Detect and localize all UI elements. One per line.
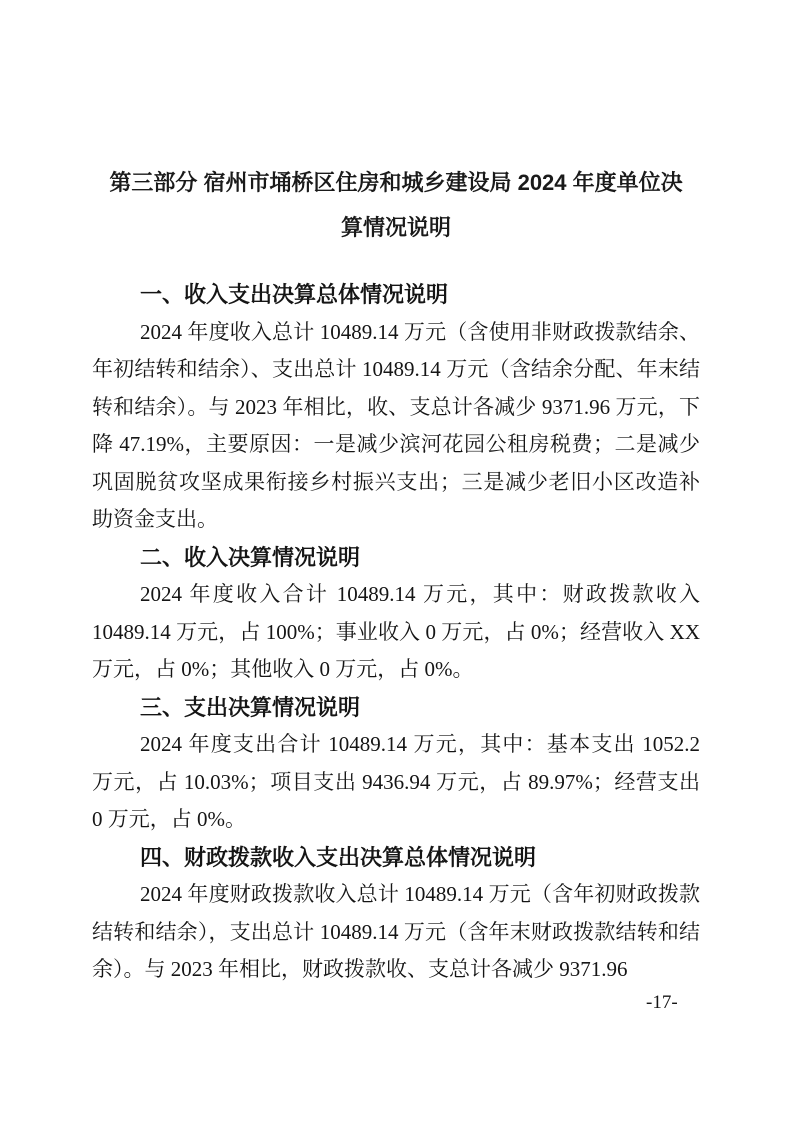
title-line-1: 第三部分 宿州市埇桥区住房和城乡建设局 2024 年度单位决	[92, 160, 700, 205]
section-paragraph: 2024 年度财政拨款收入总计 10489.14 万元（含年初财政拨款结转和结余…	[92, 876, 700, 989]
section-paragraph: 2024 年度收入合计 10489.14 万元，其中：财政拨款收入 10489.…	[92, 576, 700, 689]
document-body: 一、收入支出决算总体情况说明 2024 年度收入总计 10489.14 万元（含…	[92, 276, 700, 989]
section-paragraph: 2024 年度支出合计 10489.14 万元，其中：基本支出 1052.2 万…	[92, 726, 700, 839]
document-page: 第三部分 宿州市埇桥区住房和城乡建设局 2024 年度单位决 算情况说明 一、收…	[92, 0, 700, 989]
section-fiscal-appropriation-overview: 四、财政拨款收入支出决算总体情况说明 2024 年度财政拨款收入总计 10489…	[92, 839, 700, 989]
section-heading: 二、收入决算情况说明	[92, 539, 700, 577]
title-line-2: 算情况说明	[92, 205, 700, 250]
section-income-expenditure-overview: 一、收入支出决算总体情况说明 2024 年度收入总计 10489.14 万元（含…	[92, 276, 700, 539]
section-paragraph: 2024 年度收入总计 10489.14 万元（含使用非财政拨款结余、年初结转和…	[92, 314, 700, 539]
section-heading: 三、支出决算情况说明	[92, 689, 700, 727]
section-heading: 一、收入支出决算总体情况说明	[92, 276, 700, 314]
page-number: -17-	[646, 992, 678, 1014]
section-heading: 四、财政拨款收入支出决算总体情况说明	[92, 839, 700, 877]
section-income-statement: 二、收入决算情况说明 2024 年度收入合计 10489.14 万元，其中：财政…	[92, 539, 700, 689]
section-expenditure-statement: 三、支出决算情况说明 2024 年度支出合计 10489.14 万元，其中：基本…	[92, 689, 700, 839]
document-title: 第三部分 宿州市埇桥区住房和城乡建设局 2024 年度单位决 算情况说明	[92, 160, 700, 250]
